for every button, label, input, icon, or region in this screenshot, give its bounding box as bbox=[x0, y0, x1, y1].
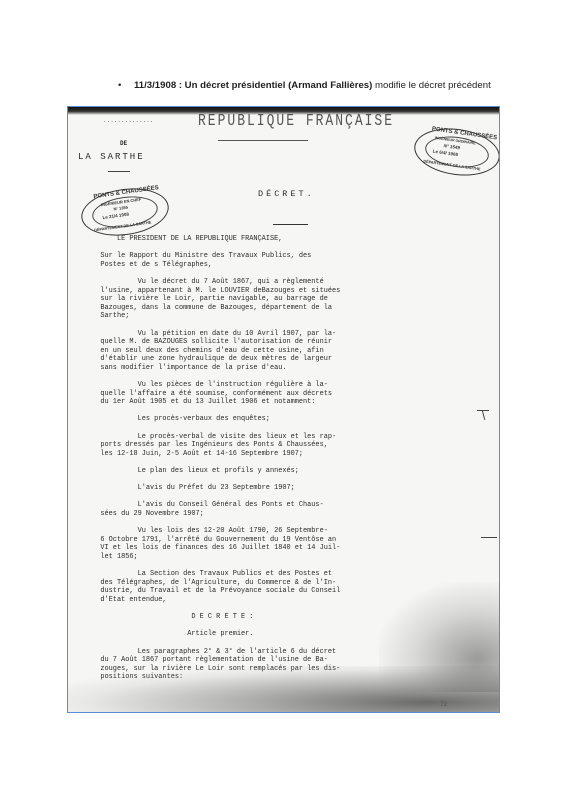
decree-line: LE PRESIDENT DE LA REPUBLIQUE FRANÇAISE, bbox=[88, 235, 340, 244]
caption-normal-text: modifie le décret précédent bbox=[372, 80, 490, 91]
decree-line: L'avis du Préfet du 23 Septembre 1907; bbox=[88, 484, 340, 493]
decree-line: du 1er Août 1905 et du 13 Juillet 1906 e… bbox=[88, 398, 340, 407]
decree-line: Bazouges, dans la commune de Bazouges, d… bbox=[88, 304, 340, 313]
caption-bold-text: 11/3/1908 : Un décret présidentiel (Arma… bbox=[134, 80, 372, 91]
decree-body-text: LE PRESIDENT DE LA REPUBLIQUE FRANÇAISE,… bbox=[88, 235, 340, 682]
decree-line bbox=[88, 493, 340, 502]
margin-mark bbox=[481, 537, 497, 538]
decree-line bbox=[88, 639, 340, 648]
decree-line bbox=[88, 622, 340, 631]
republic-rule bbox=[218, 140, 308, 141]
stamp-icon-ingenieur-en-chef: PONTS & CHAUSSÉES INGÉNIEUR EN CHEF N° 1… bbox=[78, 183, 172, 241]
decree-line: les 12-18 Juin, 2-5 Août et 14-16 Septem… bbox=[88, 450, 340, 459]
decree-line: let 1856; bbox=[88, 553, 340, 562]
decree-title-rule bbox=[273, 224, 308, 225]
decree-line: 6 Octobre 1791, l'arrêté du Gouvernement… bbox=[88, 536, 340, 545]
decree-line: Vu les pièces de l'instruction régulière… bbox=[88, 381, 340, 390]
decree-line: sur la rivière le Loir, partie navigable… bbox=[88, 295, 340, 304]
decree-line bbox=[88, 519, 340, 528]
decree-line: sées du 29 Novembre 1907; bbox=[88, 510, 340, 519]
decree-line: Postes et de s Télégraphes, bbox=[88, 261, 340, 270]
decree-line: sans modifier l'importance de la prise d… bbox=[88, 364, 340, 373]
decree-line: Les paragraphes 2° & 3° de l'article 6 d… bbox=[88, 648, 340, 657]
scanned-decree-image: .............. DE LA SARTHE REPUBLIQUE F… bbox=[67, 106, 500, 713]
decree-line bbox=[88, 407, 340, 416]
caption-bullet-item: •11/3/1908 : Un décret présidentiel (Arm… bbox=[118, 80, 491, 91]
decree-line: l'usine, appartenant à M. le LOUVIER deB… bbox=[88, 287, 340, 296]
republic-heading: REPUBLIQUE FRANÇAISE bbox=[198, 111, 394, 130]
decree-line: Sur le Rapport du Ministre des Travaux P… bbox=[88, 252, 340, 261]
decree-line: Vu le décret du 7 Août 1867, qui a règle… bbox=[88, 278, 340, 287]
department-dots: .............. bbox=[103, 117, 153, 124]
bullet-icon: • bbox=[118, 80, 134, 91]
decree-line bbox=[88, 562, 340, 571]
decree-line: Le procès-verbal de visite des lieux et … bbox=[88, 433, 340, 442]
decree-line: Sarthe; bbox=[88, 312, 340, 321]
department-de: DE bbox=[120, 140, 127, 147]
decree-line: des Télégraphes, de l'Agriculture, du Co… bbox=[88, 579, 340, 588]
decree-line: en un seul deux des chemins d'eau de cet… bbox=[88, 347, 340, 356]
decree-line bbox=[88, 476, 340, 485]
decree-line bbox=[88, 605, 340, 614]
decree-line: L'avis du Conseil Général des Ponts et C… bbox=[88, 501, 340, 510]
decree-line: Article premier. bbox=[88, 630, 340, 639]
decree-line bbox=[88, 373, 340, 382]
decree-line: d'Etat entendue, bbox=[88, 596, 340, 605]
page-number: 72 bbox=[440, 701, 447, 708]
decree-line bbox=[88, 321, 340, 330]
department-rule bbox=[108, 171, 130, 172]
decree-line: Les procès-verbaux des enquêtes; bbox=[88, 415, 340, 424]
decree-line bbox=[88, 269, 340, 278]
decree-line: quelle M. de BAZOUGES sollicite l'autori… bbox=[88, 338, 340, 347]
decree-line: D E C R E T E : bbox=[88, 613, 340, 622]
stamp-icon-ingenieur-ordinaire: PONTS & CHAUSSÉES INGÉNIEUR ORDINAIRE N°… bbox=[411, 123, 500, 181]
decree-line: dustrie, du Travail et de la Prévoyance … bbox=[88, 587, 340, 596]
decree-line: Le plan des lieux et profils y annexés; bbox=[88, 467, 340, 476]
decree-line: d'établir une zone hydraulique de deux m… bbox=[88, 355, 340, 364]
department-name: LA SARTHE bbox=[78, 152, 145, 162]
decree-title: DÉCRET. bbox=[258, 189, 315, 199]
scan-smudge bbox=[379, 582, 500, 692]
decree-line: La Section des Travaux Publics et des Po… bbox=[88, 570, 340, 579]
decree-line bbox=[88, 458, 340, 467]
decree-line bbox=[88, 424, 340, 433]
margin-mark bbox=[482, 410, 486, 420]
decree-line bbox=[88, 244, 340, 253]
decree-line: quelle l'affaire a été soumise, conformé… bbox=[88, 390, 340, 399]
decree-line: du 7 Août 1867 portant règlementation de… bbox=[88, 656, 340, 665]
decree-line: VI et les lois de finances des 16 Juille… bbox=[88, 544, 340, 553]
decree-line: Vu la pétition en date du 10 Avril 1907,… bbox=[88, 330, 340, 339]
decree-line: Vu les lois des 12-20 Août 1790, 26 Sept… bbox=[88, 527, 340, 536]
decree-line: ports dressés par les Ingénieurs des Pon… bbox=[88, 441, 340, 450]
